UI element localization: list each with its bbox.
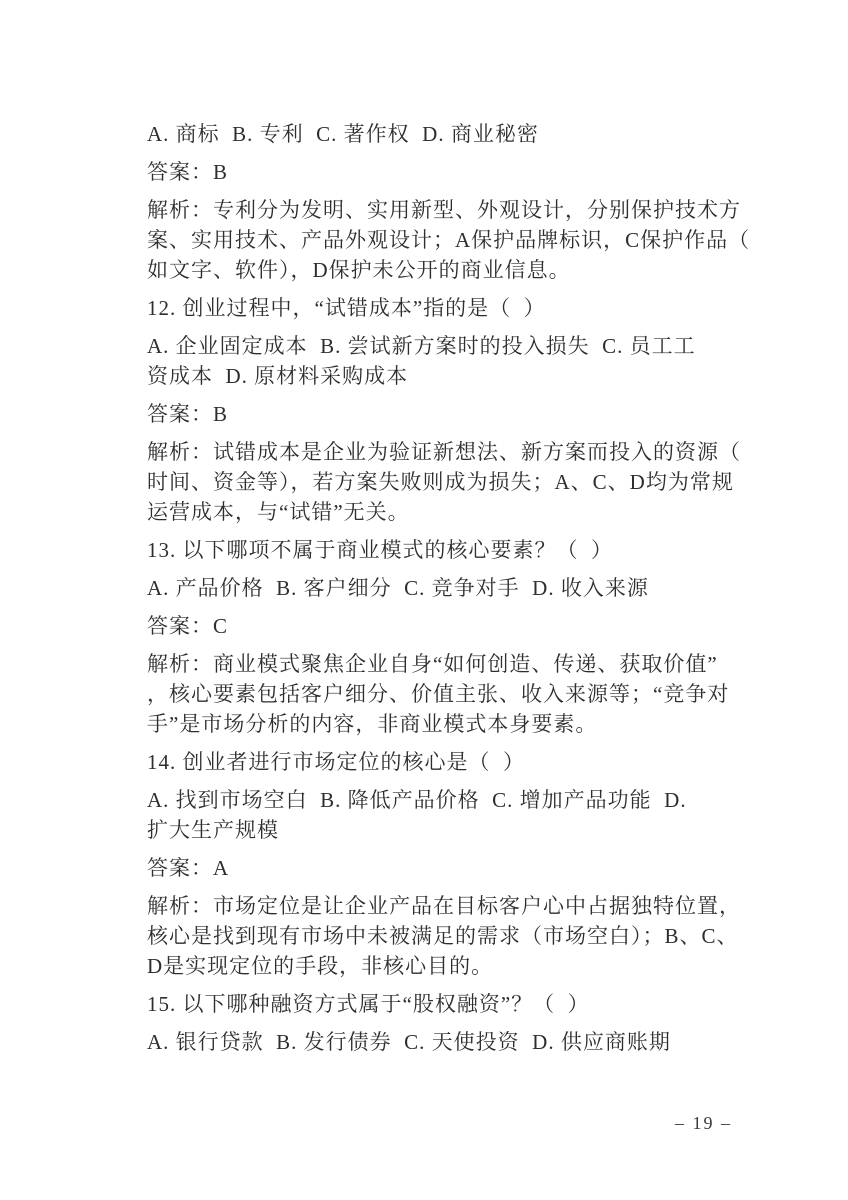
q12-answer: 答案：B: [147, 399, 787, 429]
q14-options: A. 找到市场空白 B. 降低产品价格 C. 增加产品功能 D. 扩大生产规模: [147, 785, 787, 845]
q11-options: A. 商标 B. 专利 C. 著作权 D. 商业秘密: [147, 119, 787, 149]
q13-analysis: 解析：商业模式聚焦企业自身“如何创造、传递、获取价值” ，核心要素包括客户细分、…: [147, 649, 787, 739]
q14-stem: 14. 创业者进行市场定位的核心是（ ）: [147, 747, 787, 777]
q11-analysis: 解析：专利分为发明、实用新型、外观设计，分别保护技术方 案、实用技术、产品外观设…: [147, 195, 787, 285]
q15-stem: 15. 以下哪种融资方式属于“股权融资”？（ ）: [147, 989, 787, 1019]
q14-answer: 答案：A: [147, 853, 787, 883]
q14-analysis: 解析：市场定位是让企业产品在目标客户心中占据独特位置， 核心是找到现有市场中未被…: [147, 891, 787, 981]
q15-options: A. 银行贷款 B. 发行债券 C. 天使投资 D. 供应商账期: [147, 1027, 787, 1057]
q12-options: A. 企业固定成本 B. 尝试新方案时的投入损失 C. 员工工 资成本 D. 原…: [147, 331, 787, 391]
q13-stem: 13. 以下哪项不属于商业模式的核心要素？（ ）: [147, 535, 787, 565]
page-number: – 19 –: [675, 1112, 732, 1134]
q11-answer: 答案：B: [147, 157, 787, 187]
q13-options: A. 产品价格 B. 客户细分 C. 竞争对手 D. 收入来源: [147, 573, 787, 603]
page-content: A. 商标 B. 专利 C. 著作权 D. 商业秘密 答案：B 解析：专利分为发…: [147, 119, 787, 1065]
q13-answer: 答案：C: [147, 611, 787, 641]
document-page: A. 商标 B. 专利 C. 著作权 D. 商业秘密 答案：B 解析：专利分为发…: [0, 0, 848, 1200]
q12-stem: 12. 创业过程中，“试错成本”指的是（ ）: [147, 293, 787, 323]
q12-analysis: 解析：试错成本是企业为验证新想法、新方案而投入的资源（ 时间、资金等），若方案失…: [147, 437, 787, 527]
